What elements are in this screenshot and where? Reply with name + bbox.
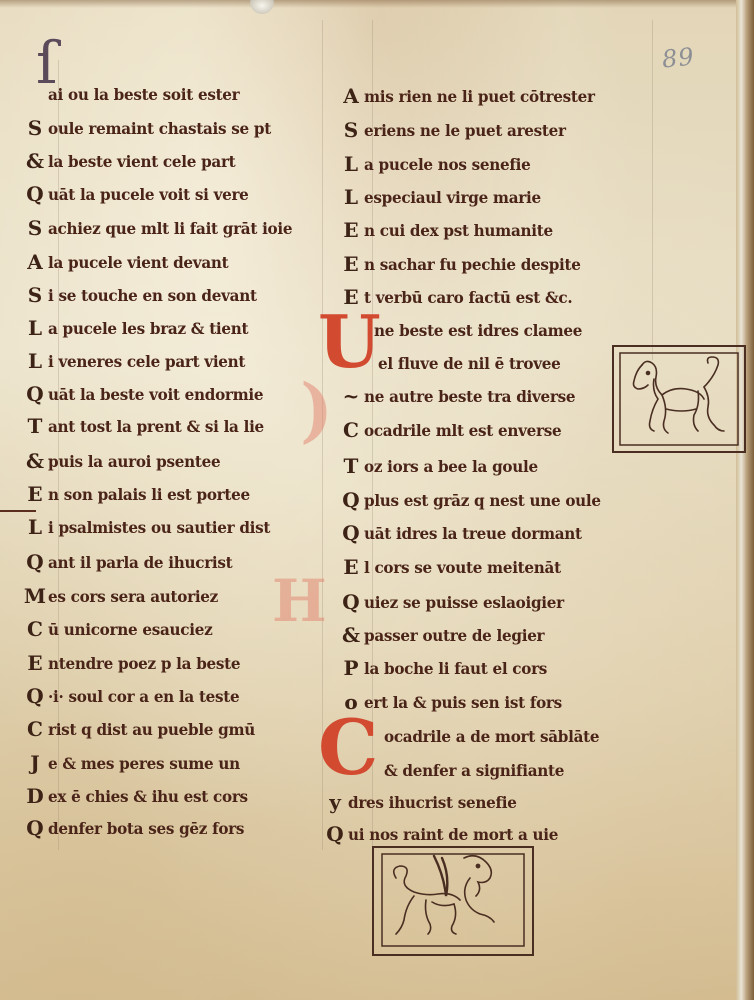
line-initial: P [338,656,364,680]
line-text: ne beste est idres clamee [374,321,582,340]
text-line: Quāt idres la treue dormant [338,517,586,549]
text-line: En sachar fu pechie despite [338,248,585,280]
line-initial: Q [22,684,48,708]
text-line: Seriens ne le puet arester [338,114,570,146]
line-initial: & [338,623,364,647]
folio-number: 89 [661,42,696,73]
text-line: Tant tost la prent & si la lie [22,410,268,442]
line-initial: L [22,515,48,539]
line-text: oule remaint chastais se pt [48,119,271,138]
line-initial: E [338,555,364,579]
line-text: uāt la pucele voit si vere [48,185,249,204]
winged-beast-icon [374,848,532,954]
text-line: La pucele nos senefie [338,148,534,180]
text-line: La pucele les braz & tient [22,312,252,344]
text-line: ocadrile a de mort sāblāte [384,720,604,752]
text-line: & denfer a signifiante [384,754,568,786]
line-initial: E [22,482,48,506]
text-line: oert la & puis sen ist fors [338,686,566,718]
illustration-unicorn [612,345,746,453]
line-initial: Q [338,590,364,614]
line-text: ai ou la beste soit ester [48,85,239,104]
red-initial-C: C [318,710,379,786]
line-text: n cui dex pst humanite [364,221,553,240]
line-text: la beste vient cele part [48,152,235,171]
text-line: Qant il parla de ihucrist [22,546,236,578]
line-text: l cors se voute meitenāt [364,558,561,577]
line-text: oz iors a bee la goule [364,457,538,476]
line-initial: Q [322,822,348,846]
text-line: El cors se voute meitenāt [338,551,565,583]
line-text: ui nos raint de mort a uie [348,825,558,844]
text-line: Qplus est grāz q nest une oule [338,484,606,516]
line-initial: L [22,316,48,340]
line-text: uāt la beste voit endormie [48,385,263,404]
line-text: n sachar fu pechie despite [364,255,581,274]
line-text: passer outre de legier [364,626,544,645]
line-initial: S [338,118,364,142]
text-line: &puis la auroi psentee [22,445,224,477]
text-line: Crist q dist au pueble gmū [22,713,259,745]
text-line: Quāt la beste voit endormie [22,378,268,410]
line-initial: S [22,283,48,307]
line-text: n son palais li est portee [48,485,250,504]
line-text: plus est grāz q nest une oule [364,491,601,510]
line-text: ant tost la prent & si la lie [48,417,264,436]
text-line: Entendre poez p la beste [22,647,244,679]
line-initial: M [22,584,48,608]
text-line: Ala pucele vient devant [22,246,232,278]
text-line: Cocadrile mlt est enverse [338,414,565,446]
line-initial: S [22,216,48,240]
text-line: Dex ē chies & ihu est cors [22,780,252,812]
text-line: Lai ou la beste soit ester [22,78,243,110]
line-text: a pucele nos senefie [364,155,530,174]
text-line: Q·i· soul cor a en la teste [22,680,243,712]
line-text: achiez que mlt li fait grāt ioie [48,219,292,238]
text-line: Sachiez que mlt li fait grāt ioie [22,212,297,244]
line-text: uāt idres la treue dormant [364,524,582,543]
line-initial: Q [22,550,48,574]
line-text: uiez se puisse eslaoigier [364,593,564,612]
line-text: ex ē chies & ihu est cors [48,787,248,806]
line-text: dres ihucrist senefie [348,793,517,812]
page-top-shadow [0,0,754,8]
line-initial: D [22,784,48,808]
text-line: ydres ihucrist senefie [322,786,520,818]
line-initial: A [22,250,48,274]
wax-drop [250,0,274,14]
line-initial: L [22,349,48,373]
line-text: ocadrile mlt est enverse [364,421,561,440]
unicorn-beast-icon [614,347,744,451]
text-line: &la beste vient cele part [22,145,239,177]
text-line: ~ne autre beste tra diverse [338,380,580,412]
line-initial: E [338,218,364,242]
line-initial: J [22,751,48,775]
line-initial: y [322,790,348,814]
line-initial: S [22,116,48,140]
text-line: Je & mes peres sume un [22,747,244,779]
text-line: ne beste est idres clamee [374,314,586,346]
line-text: i psalmistes ou sautier dist [48,518,270,537]
faded-red-initial: ) [300,375,333,445]
line-text: ert la & puis sen ist fors [364,693,562,712]
text-line: Mes cors sera autoriez [22,580,221,612]
line-initial: C [338,418,364,442]
page-fore-edge [736,0,754,1000]
line-initial: E [338,252,364,276]
line-text: especiaul virge marie [364,188,541,207]
line-text: denfer bota ses gēz fors [48,819,244,838]
line-text: la pucele vient devant [48,253,228,272]
line-initial: C [22,717,48,741]
line-text: ne autre beste tra diverse [364,387,575,406]
text-line: Cū unicorne esauciez [22,613,216,645]
text-line: Quāt la pucele voit si vere [22,178,253,210]
line-text: i se touche en son devant [48,286,257,305]
text-line: En son palais li est portee [22,478,254,510]
line-initial: A [338,84,364,108]
faded-red-initial-H: H [272,572,327,630]
text-line: Si se touche en son devant [22,279,261,311]
text-line: Qdenfer bota ses gēz fors [22,812,248,844]
text-line: Pla boche li faut el cors [338,652,551,684]
line-initial: & [22,149,48,173]
line-text: ntendre poez p la beste [48,654,240,673]
line-text: mis rien ne li puet cōtrester [364,87,595,106]
line-initial: & [22,449,48,473]
line-text: rist q dist au pueble gmū [48,720,255,739]
line-text: a pucele les braz & tient [48,319,248,338]
text-line: el fluve de nil ē trovee [378,347,564,379]
line-text: ū unicorne esauciez [48,620,212,639]
line-text: puis la auroi psentee [48,452,220,471]
text-line: &passer outre de legier [338,619,548,651]
text-line: Quiez se puisse eslaoigier [338,586,568,618]
line-initial: E [338,285,364,309]
text-line: Soule remaint chastais se pt [22,112,276,144]
text-line: Lespeciaul virge marie [338,181,544,213]
line-initial: T [22,414,48,438]
line-text: ant il parla de ihucrist [48,553,232,572]
line-text: el fluve de nil ē trovee [378,354,561,373]
line-initial: T [338,454,364,478]
red-initial-U: U [318,306,381,378]
line-text: ·i· soul cor a en la teste [48,687,239,706]
ruling-right [652,20,653,360]
line-initial: L [338,185,364,209]
line-initial: Q [22,816,48,840]
line-text: ocadrile a de mort sāblāte [384,727,599,746]
line-text: la boche li faut el cors [364,659,547,678]
text-line: Et verbū caro factū est &c. [338,281,577,313]
text-line: Toz iors a bee la goule [338,450,541,482]
line-initial: E [22,651,48,675]
line-initial: Q [338,521,364,545]
line-initial: o [338,690,364,714]
line-text: t verbū caro factū est &c. [364,288,572,307]
line-initial: Q [22,382,48,406]
text-line: En cui dex pst humanite [338,214,557,246]
line-initial: Q [22,182,48,206]
line-initial: L [338,152,364,176]
illustration-winged-beast [372,846,534,956]
line-text: eriens ne le puet arester [364,121,566,140]
line-text: i veneres cele part vient [48,352,245,371]
line-text: & denfer a signifiante [384,761,564,780]
line-text: es cors sera autoriez [48,587,218,606]
line-initial: C [22,617,48,641]
text-line: Amis rien ne li puet cōtrester [338,80,599,112]
line-text: e & mes peres sume un [48,754,240,773]
manuscript-page: 89 ſ ) H Lai ou la beste soit ester Soul… [0,0,754,1000]
text-line: Li psalmistes ou sautier dist [22,511,275,543]
line-initial: Q [338,488,364,512]
line-initial: ~ [338,384,364,408]
text-line: Li veneres cele part vient [22,345,249,377]
